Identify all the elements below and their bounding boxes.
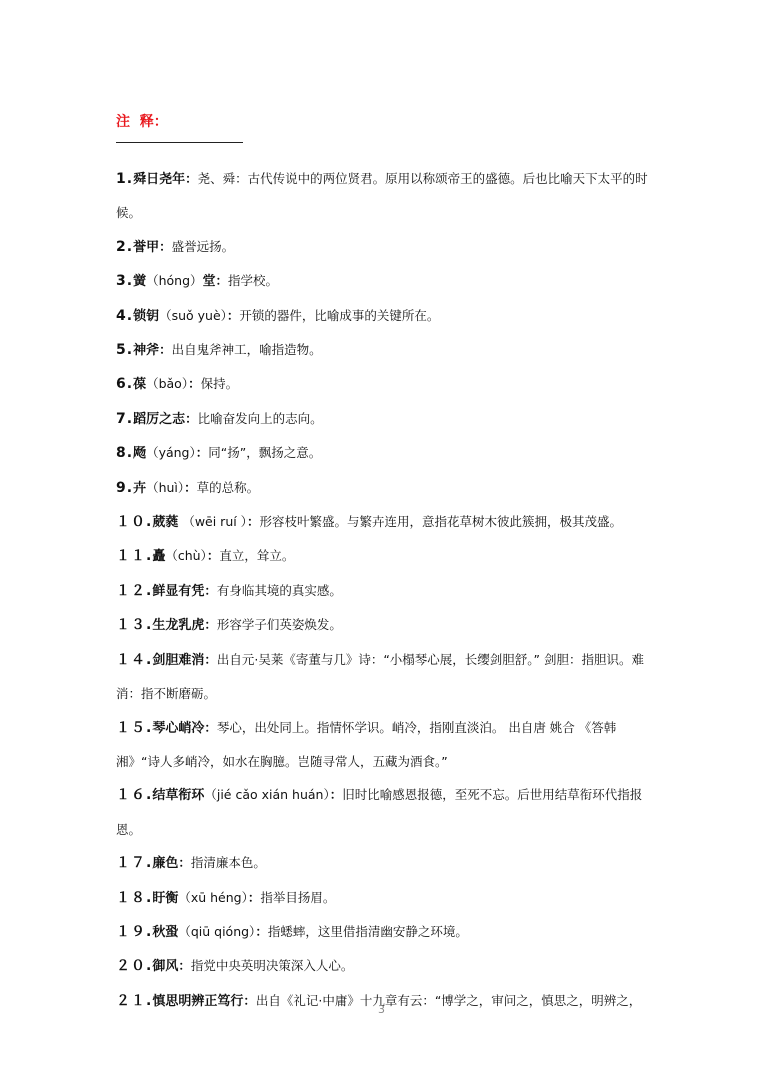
annotation-term: 御风 — [152, 959, 178, 974]
annotation-pinyin: （huì） — [146, 480, 184, 495]
annotation-item: 2.誉甲：盛誉远扬。 — [116, 230, 656, 264]
annotation-description: 形容学子们英姿焕发。 — [217, 617, 342, 632]
heading-underline-divider — [116, 142, 243, 143]
annotation-number: １７. — [116, 855, 152, 871]
annotation-item: 5.神斧：出自鬼斧神工，喻指造物。 — [116, 333, 656, 367]
annotation-number: 1. — [116, 171, 133, 187]
annotation-pinyin: （wēi ruí ） — [178, 514, 247, 529]
annotation-item: 1.舜日尧年：尧、舜：古代传说中的两位贤君。原用以称颂帝王的盛德。后也比喻天下太… — [116, 162, 656, 230]
annotation-number: 5. — [116, 342, 133, 358]
annotation-item: １６.结草衔环（jié cǎo xián huán）：旧时比喻感恩报德，至死不忘… — [116, 778, 656, 846]
annotation-item: １９.秋蛩（qiū qióng）：指蟋蟀，这里借指清幽安静之环境。 — [116, 915, 656, 949]
annotation-term: 葆 — [133, 377, 146, 392]
annotation-term: 廉色 — [152, 856, 178, 871]
annotation-pinyin: （chù） — [165, 548, 206, 563]
annotation-term: 神斧 — [133, 343, 159, 358]
annotation-pinyin: （hóng） — [146, 273, 202, 288]
annotation-description: 盛誉远扬。 — [172, 239, 235, 254]
annotation-number: １１. — [116, 548, 152, 564]
annotation-description: 指学校。 — [228, 273, 278, 288]
annotation-item: １１.矗（chù）：直立，耸立。 — [116, 539, 656, 573]
annotation-number: １５. — [116, 720, 152, 736]
annotation-colon: ： — [185, 171, 198, 186]
annotation-colon: ： — [330, 787, 343, 802]
annotation-number: １０. — [116, 514, 152, 530]
annotation-pinyin: （suǒ yuè） — [159, 308, 227, 323]
annotation-number: ２０. — [116, 958, 152, 974]
annotation-colon: ： — [178, 855, 191, 870]
annotation-number: １２. — [116, 583, 152, 599]
annotation-description: 指蟋蟀，这里借指清幽安静之环境。 — [268, 924, 468, 939]
annotation-term: 鲜显有凭 — [152, 584, 204, 599]
annotation-colon: ： — [178, 958, 191, 973]
annotation-pinyin: （jié cǎo xián huán） — [204, 787, 329, 802]
annotation-description: 开锁的器件，比喻成事的关键所在。 — [239, 308, 439, 323]
annotation-colon: ： — [204, 720, 217, 735]
annotation-description: 比喻奋发向上的志向。 — [198, 411, 323, 426]
annotation-term: 锁钥 — [133, 309, 159, 324]
annotation-colon: ： — [227, 308, 240, 323]
annotation-description: 草的总称。 — [197, 480, 260, 495]
annotation-description: 指党中央英明决策深入人心。 — [191, 958, 354, 973]
annotation-number: 6. — [116, 376, 133, 392]
annotation-number: １８. — [116, 890, 152, 906]
annotation-term: 黉 — [133, 274, 146, 289]
annotation-item: 3.黉（hóng）堂：指学校。 — [116, 264, 656, 298]
annotation-term-suffix: 堂 — [203, 274, 216, 289]
annotation-colon: ： — [204, 583, 217, 598]
annotation-item: １７.廉色：指清廉本色。 — [116, 846, 656, 880]
annotation-item: １４.剑胆难消：出自元·吴莱《寄董与几》诗：“小榻琴心展，长缨剑胆舒。” 剑胆：… — [116, 643, 656, 711]
annotation-list: 1.舜日尧年：尧、舜：古代传说中的两位贤君。原用以称颂帝王的盛德。后也比喻天下太… — [116, 162, 656, 1018]
annotation-item: １５.琴心峭冷：琴心，出处同上。指情怀学识。峭冷，指刚直淡泊。 出自唐 姚合 《… — [116, 711, 656, 779]
annotation-term: 葳蕤 — [152, 515, 178, 530]
annotation-pinyin: （qiū qióng） — [178, 924, 255, 939]
annotation-pinyin: （yáng） — [146, 445, 196, 460]
annotation-description: 有身临其境的真实感。 — [217, 583, 342, 598]
annotation-description: 同“扬”，飘扬之意。 — [208, 445, 321, 460]
annotation-description: 形容枝叶繁盛。与繁卉连用，意指花草树木彼此簇拥，极其茂盛。 — [259, 514, 622, 529]
annotation-colon: ： — [196, 445, 209, 460]
annotation-number: 3. — [116, 273, 133, 289]
annotation-number: 8. — [116, 445, 133, 461]
annotation-number: 7. — [116, 411, 133, 427]
annotation-pinyin: （bǎo） — [146, 376, 188, 391]
annotation-number: １９. — [116, 924, 152, 940]
annotation-colon: ： — [184, 480, 197, 495]
annotation-term: 生龙乳虎 — [152, 618, 204, 633]
annotation-item: ２０.御风：指党中央英明决策深入人心。 — [116, 949, 656, 983]
annotation-number: 4. — [116, 308, 133, 324]
annotation-term: 蹈厉之志 — [133, 412, 185, 427]
annotation-colon: ： — [207, 548, 220, 563]
annotation-colon: ： — [159, 239, 172, 254]
annotation-number: １６. — [116, 787, 152, 803]
annotation-item: 8.飏（yáng）：同“扬”，飘扬之意。 — [116, 436, 656, 470]
annotation-colon: ： — [247, 514, 260, 529]
annotation-number: １３. — [116, 617, 152, 633]
annotation-number: 2. — [116, 239, 133, 255]
annotation-term: 矗 — [152, 549, 165, 564]
annotation-colon: ： — [185, 411, 198, 426]
annotation-colon: ： — [255, 924, 268, 939]
annotations-heading: 注 释： — [116, 111, 168, 131]
annotation-term: 誉甲 — [133, 240, 159, 255]
annotation-pinyin: （xū héng） — [178, 890, 248, 905]
annotation-colon: ： — [248, 890, 261, 905]
annotation-item: １８.盱衡（xū héng）：指举目扬眉。 — [116, 881, 656, 915]
annotation-number: １４. — [116, 652, 152, 668]
annotation-description: 指举目扬眉。 — [260, 890, 335, 905]
annotation-colon: ： — [204, 652, 217, 667]
annotation-colon: ： — [188, 376, 201, 391]
annotation-term: 剑胆难消 — [152, 653, 204, 668]
annotation-term: 结草衔环 — [152, 788, 204, 803]
annotation-colon: ： — [204, 617, 217, 632]
annotation-item: 9.卉（huì）：草的总称。 — [116, 471, 656, 505]
annotation-term: 秋蛩 — [152, 925, 178, 940]
annotation-item: １３.生龙乳虎：形容学子们英姿焕发。 — [116, 608, 656, 642]
annotation-description: 指清廉本色。 — [191, 855, 266, 870]
annotation-term: 舜日尧年 — [133, 172, 185, 187]
document-page: 注 释： 1.舜日尧年：尧、舜：古代传说中的两位贤君。原用以称颂帝王的盛德。后也… — [0, 0, 763, 1080]
annotation-term: 琴心峭冷 — [152, 721, 204, 736]
annotation-colon: ： — [216, 273, 229, 288]
annotation-item: 4.锁钥（suǒ yuè）：开锁的器件，比喻成事的关键所在。 — [116, 299, 656, 333]
annotation-item: 7.蹈厉之志：比喻奋发向上的志向。 — [116, 402, 656, 436]
annotation-item: １２.鲜显有凭：有身临其境的真实感。 — [116, 574, 656, 608]
annotation-term: 卉 — [133, 481, 146, 496]
annotation-term: 盱衡 — [152, 891, 178, 906]
annotation-item: １０.葳蕤 （wēi ruí ）：形容枝叶繁盛。与繁卉连用，意指花草树木彼此簇拥… — [116, 505, 656, 539]
annotation-colon: ： — [159, 342, 172, 357]
annotation-description: 保持。 — [201, 376, 239, 391]
annotation-item: 6.葆（bǎo）：保持。 — [116, 367, 656, 401]
annotation-description: 出自鬼斧神工，喻指造物。 — [172, 342, 322, 357]
annotation-description: 直立，耸立。 — [219, 548, 294, 563]
annotation-term: 飏 — [133, 446, 146, 461]
annotation-number: 9. — [116, 480, 133, 496]
page-number: 3 — [0, 1003, 763, 1016]
